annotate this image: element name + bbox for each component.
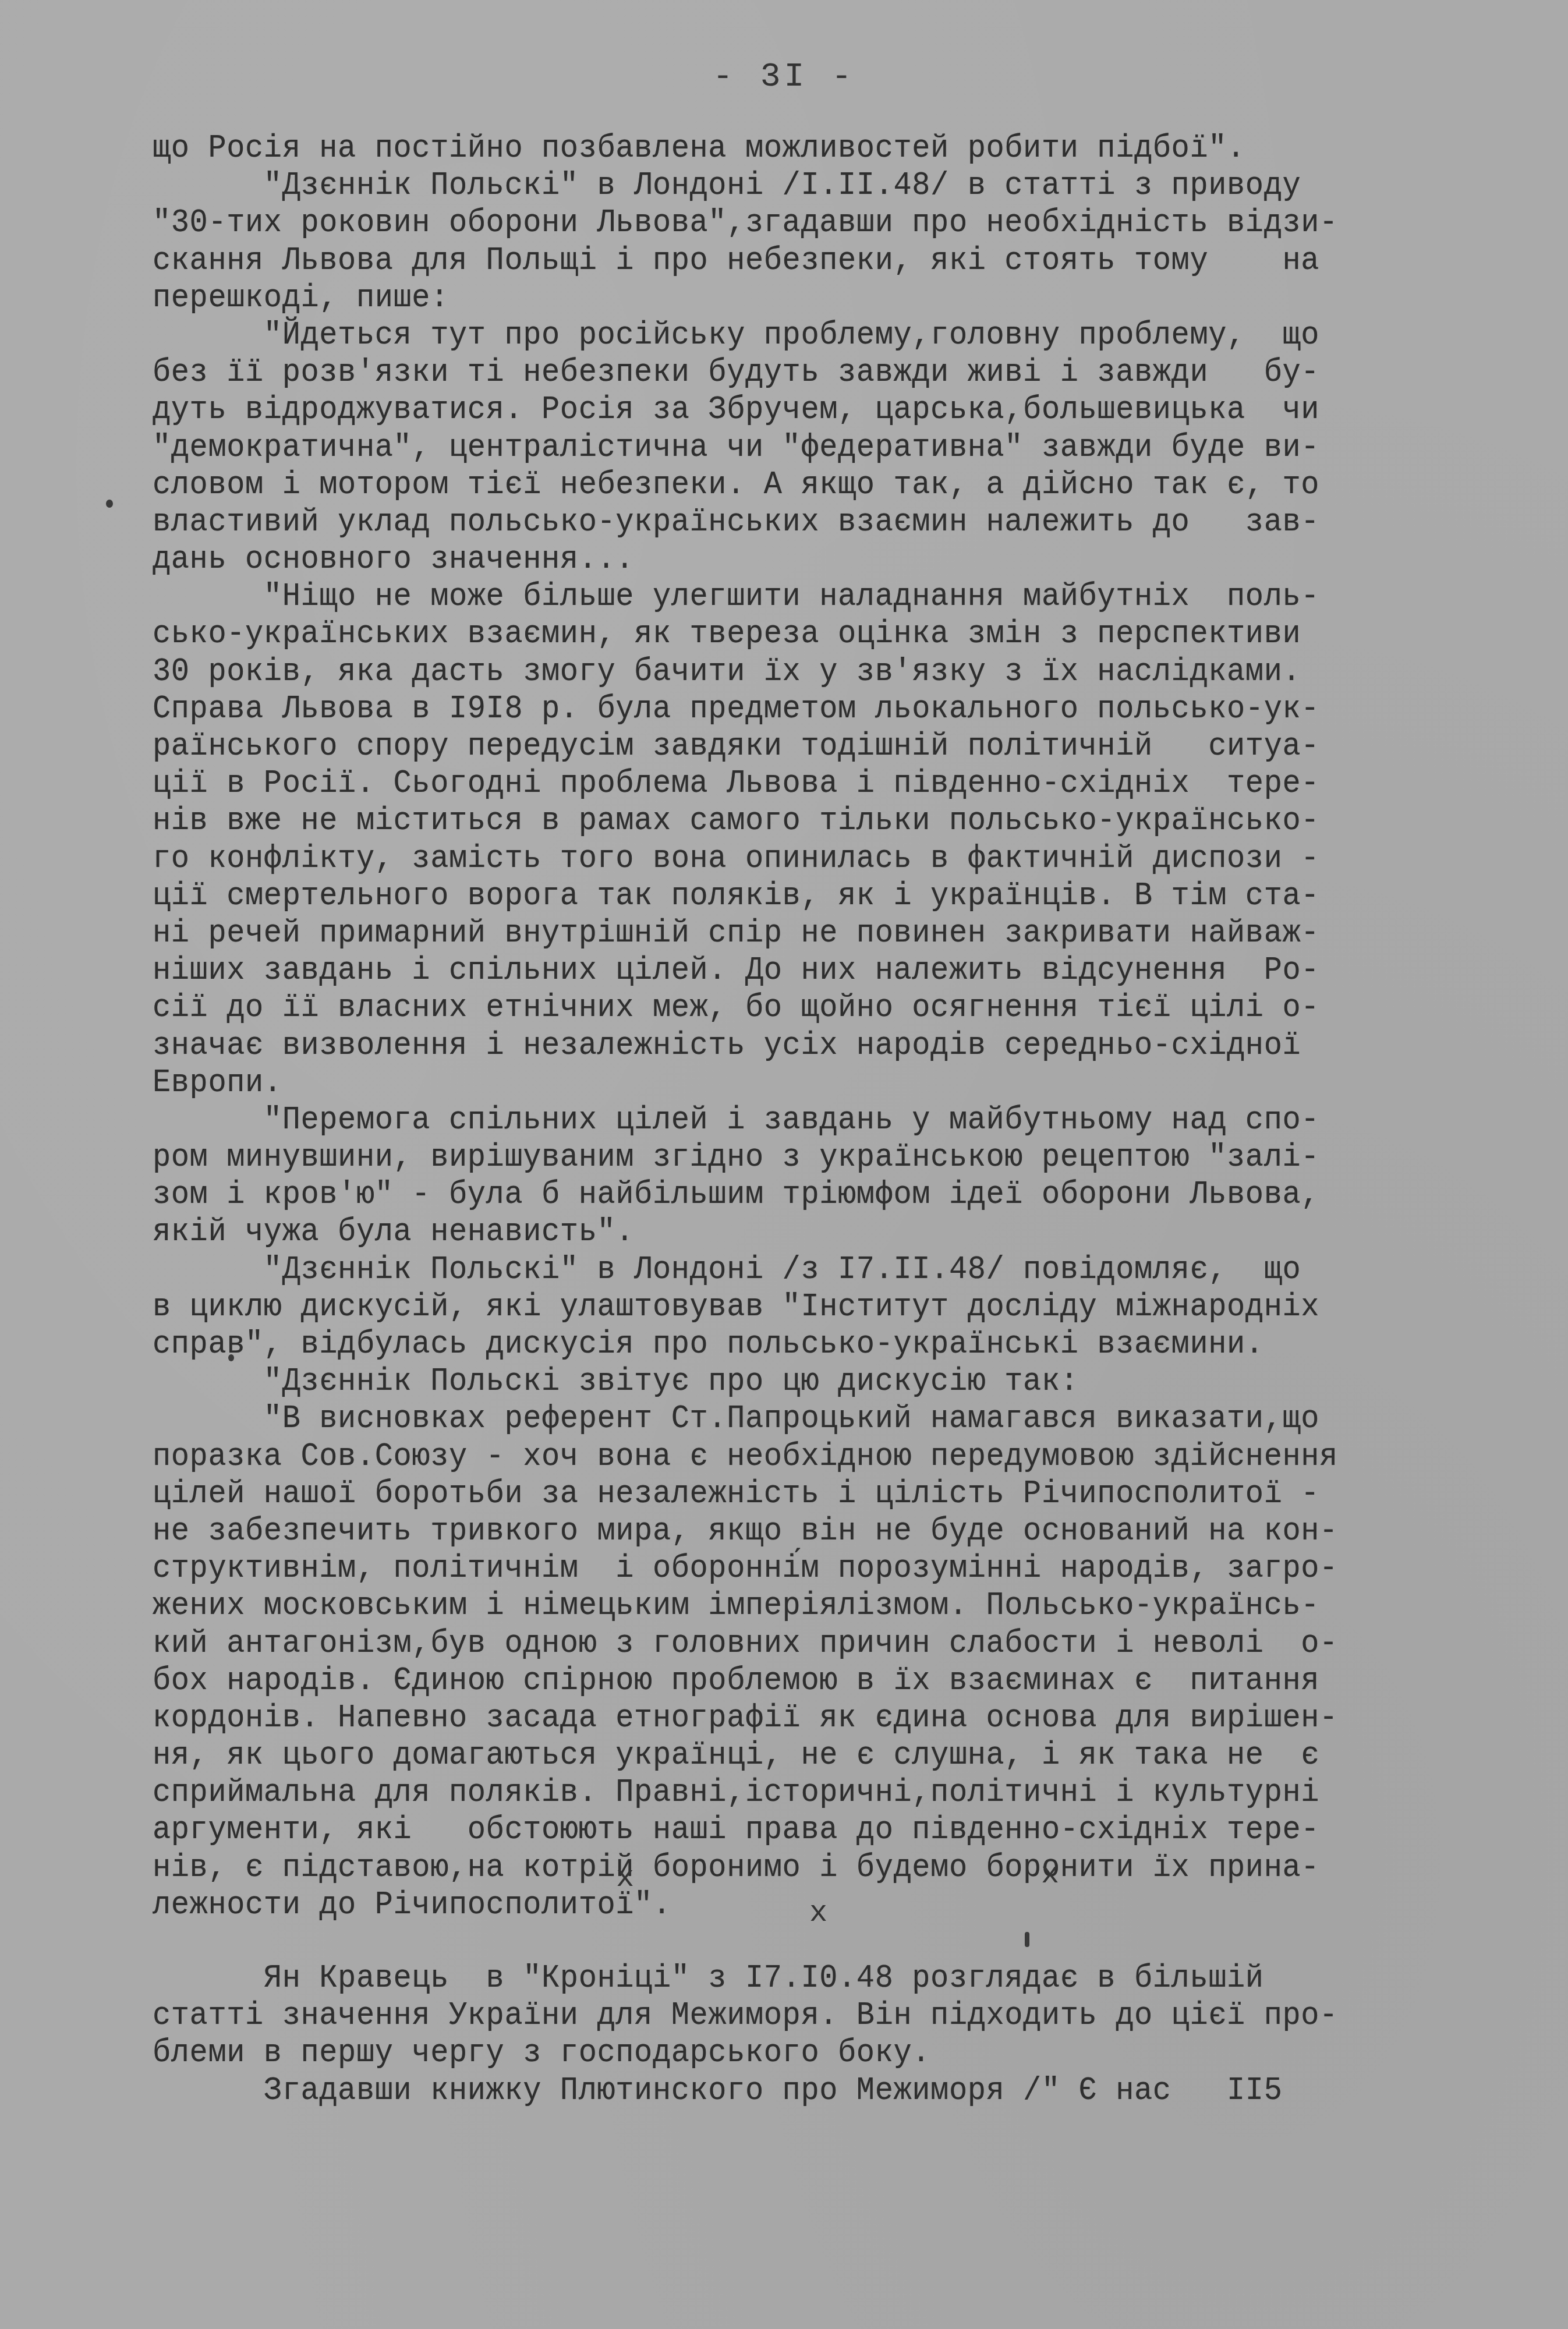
text-line: "Дзєннік Польскі звітує про цю дискусію … bbox=[153, 1362, 1387, 1400]
text-line: не забезпечить тривкого мира, якщо він н… bbox=[153, 1512, 1387, 1549]
text-line: властивий уклад польсько-українських вза… bbox=[153, 503, 1387, 540]
text-line: сприймальна для поляків. Правні,історичн… bbox=[153, 1774, 1387, 1811]
text-line: ції смертельного ворога так поляків, як … bbox=[153, 877, 1387, 914]
section-separator-mark: x bbox=[616, 1861, 634, 1895]
text-line: 30 років, яка дасть змогу бачити їх у зв… bbox=[153, 653, 1387, 690]
text-line: "Ніщо не може більше улегшити наладнання… bbox=[153, 578, 1387, 615]
document-page: - 3I - що Росія на постійно позбавлена м… bbox=[0, 0, 1568, 2329]
text-line: аргументи, які обстоюють наші права до п… bbox=[153, 1811, 1387, 1848]
text-line: що Росія на постійно позбавлена можливос… bbox=[153, 129, 1387, 167]
text-line: ції в Росії. Сьогодні проблема Львова і … bbox=[153, 764, 1387, 802]
page-number: - 3I - bbox=[0, 58, 1568, 96]
text-line: ні речей примарний внутрішній спір не по… bbox=[153, 914, 1387, 951]
text-line: Ян Кравець в "Кроніці" з I7.I0.48 розгля… bbox=[153, 1959, 1387, 1997]
text-line: лежности до Річипосполитої". bbox=[153, 1886, 1387, 1923]
text-line: статті значення України для Межиморя. Ві… bbox=[153, 1997, 1387, 2034]
text-line: нів, є підставою,на котрій боронимо і бу… bbox=[153, 1849, 1387, 1886]
text-line: ніших завдань і спільних цілей. До них н… bbox=[153, 951, 1387, 989]
second-section-text-block: Ян Кравець в "Кроніці" з I7.I0.48 розгля… bbox=[153, 1959, 1480, 2109]
text-line: "Йдеться тут про російську проблему,голо… bbox=[153, 316, 1387, 353]
text-line: Справа Львова в I9I8 р. була предметом л… bbox=[153, 690, 1387, 727]
main-text-block: що Росія на постійно позбавлена можливос… bbox=[153, 129, 1480, 1923]
text-line: сії до її власних етнічних меж, бо щойно… bbox=[153, 989, 1387, 1026]
text-line: "Дзєннік Польскі" в Лондоні /з I7.II.48/… bbox=[153, 1251, 1387, 1288]
text-line: "Перемога спільних цілей і завдань у май… bbox=[153, 1101, 1387, 1138]
text-line: кий антагонізм,був одною з головних прич… bbox=[153, 1624, 1387, 1662]
section-separator-mark: x bbox=[1041, 1857, 1059, 1892]
ink-spot bbox=[106, 500, 113, 508]
text-line: Европи. bbox=[153, 1064, 1387, 1101]
text-line: Згадавши книжку Плютинского про Межиморя… bbox=[153, 2072, 1387, 2109]
text-line: без її розв'язки ті небезпеки будуть зав… bbox=[153, 353, 1387, 391]
text-line: словом і мотором тієї небезпеки. А якщо … bbox=[153, 466, 1387, 503]
text-line: скання Львова для Польщі і про небезпеки… bbox=[153, 242, 1387, 279]
ink-spot bbox=[228, 1354, 234, 1361]
text-line: блеми в першу чергу з господарського бок… bbox=[153, 2034, 1387, 2071]
text-line: "демократична", централістична чи "федер… bbox=[153, 429, 1387, 466]
text-line: в циклю дискусій, які улаштовував "Інсти… bbox=[153, 1288, 1387, 1325]
text-line: ром минувшини, вирішуваним згідно з укра… bbox=[153, 1138, 1387, 1176]
text-line: поразка Сов.Союзу - хоч вона є необхідно… bbox=[153, 1438, 1387, 1475]
text-line: цілей нашої боротьби за незалежність і ц… bbox=[153, 1475, 1387, 1512]
ink-spot bbox=[1025, 1932, 1029, 1947]
text-line: значає визволення і незалежність усіх на… bbox=[153, 1027, 1387, 1064]
text-line: го конфлікту, замість того вона опинилас… bbox=[153, 840, 1387, 877]
text-line: "В висновках референт Ст.Папроцький нама… bbox=[153, 1400, 1387, 1437]
text-line: якій чужа була ненависть". bbox=[153, 1213, 1387, 1250]
text-line: раїнського спору передусім завдяки тодіш… bbox=[153, 727, 1387, 764]
text-line: нів вже не міститься в рамах самого тіль… bbox=[153, 802, 1387, 839]
text-line: "30-тих роковин оборони Львова",згадавши… bbox=[153, 204, 1387, 241]
text-line: сько-українських взаємин, як твереза оці… bbox=[153, 615, 1387, 652]
text-line: перешкоді, пише: bbox=[153, 279, 1387, 316]
text-line: справ", відбулась дискусія про польсько-… bbox=[153, 1325, 1387, 1362]
text-line: "Дзєннік Польскі" в Лондоні /I.II.48/ в … bbox=[153, 167, 1387, 204]
text-line: структивнім, політичнім і оборонні́м пор… bbox=[153, 1549, 1387, 1587]
text-line: ня, як цього домагаються українці, не є … bbox=[153, 1736, 1387, 1774]
text-line: бох народів. Єдиною спірною проблемою в … bbox=[153, 1662, 1387, 1699]
text-line: зом і кров'ю" - була б найбільшим тріюмф… bbox=[153, 1176, 1387, 1213]
text-line: кордонів. Напевно засада етнографії як є… bbox=[153, 1699, 1387, 1736]
text-line: дань основного значення... bbox=[153, 540, 1387, 578]
text-line: дуть відроджуватися. Росія за Збручем, ц… bbox=[153, 391, 1387, 428]
section-separator-mark: x bbox=[809, 1896, 827, 1930]
text-line: жених московським і німецьким імперіяліз… bbox=[153, 1587, 1387, 1624]
